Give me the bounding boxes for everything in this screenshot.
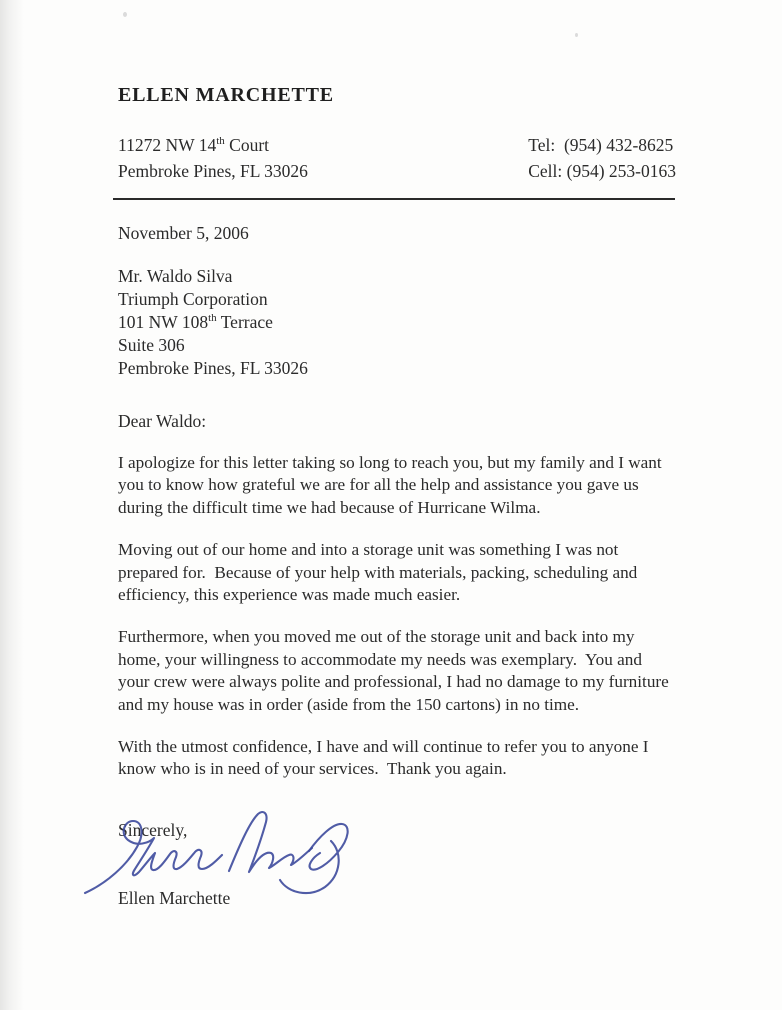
body-paragraph-4: With the utmost confidence, I have and w… bbox=[118, 736, 676, 781]
recipient-street: 101 NW 108th Terrace bbox=[118, 311, 676, 334]
letterhead-telephone: Tel: (954) 432-8625 bbox=[528, 132, 676, 158]
address-line1-suffix: Court bbox=[225, 135, 269, 155]
salutation: Dear Waldo: bbox=[118, 410, 676, 432]
body-paragraph-2: Moving out of our home and into a storag… bbox=[118, 539, 676, 606]
signer-name: Ellen Marchette bbox=[118, 887, 676, 909]
recipient-city: Pembroke Pines, FL 33026 bbox=[118, 357, 676, 380]
recipient-suite: Suite 306 bbox=[118, 334, 676, 357]
address-line1-ordinal: th bbox=[216, 135, 225, 147]
recipient-street-suffix: Terrace bbox=[217, 312, 273, 332]
recipient-name: Mr. Waldo Silva bbox=[118, 265, 676, 288]
letterhead-address-line1: 11272 NW 14th Court bbox=[118, 132, 308, 158]
letterhead-cellphone: Cell: (954) 253-0163 bbox=[528, 158, 676, 184]
body-paragraph-3: Furthermore, when you moved me out of th… bbox=[118, 626, 676, 716]
letter-content: ELLEN MARCHETTE 11272 NW 14th Court Pemb… bbox=[118, 84, 676, 909]
body-paragraph-1: I apologize for this letter taking so lo… bbox=[118, 452, 676, 519]
recipient-street-ordinal: th bbox=[208, 312, 217, 324]
scan-speck bbox=[123, 12, 127, 17]
scanned-letter-page: ELLEN MARCHETTE 11272 NW 14th Court Pemb… bbox=[0, 0, 782, 1010]
recipient-company: Triumph Corporation bbox=[118, 288, 676, 311]
letterhead-address: 11272 NW 14th Court Pembroke Pines, FL 3… bbox=[118, 132, 308, 184]
letterhead-name: ELLEN MARCHETTE bbox=[118, 84, 676, 107]
letterhead-row: 11272 NW 14th Court Pembroke Pines, FL 3… bbox=[118, 132, 676, 184]
recipient-street-prefix: 101 NW 108 bbox=[118, 312, 208, 332]
valediction: Sincerely, bbox=[118, 819, 676, 841]
letter-date: November 5, 2006 bbox=[118, 222, 676, 244]
closing-block: Sincerely, Ellen Marchette bbox=[118, 819, 676, 909]
recipient-address-block: Mr. Waldo Silva Triumph Corporation 101 … bbox=[118, 265, 676, 380]
address-line1-prefix: 11272 NW 14 bbox=[118, 135, 216, 155]
scan-speck bbox=[575, 33, 578, 37]
scan-left-edge-shadow bbox=[0, 0, 24, 1010]
letterhead-divider-rule bbox=[113, 198, 675, 200]
letterhead-contacts: Tel: (954) 432-8625 Cell: (954) 253-0163 bbox=[528, 132, 676, 184]
letterhead-address-line2: Pembroke Pines, FL 33026 bbox=[118, 158, 308, 184]
